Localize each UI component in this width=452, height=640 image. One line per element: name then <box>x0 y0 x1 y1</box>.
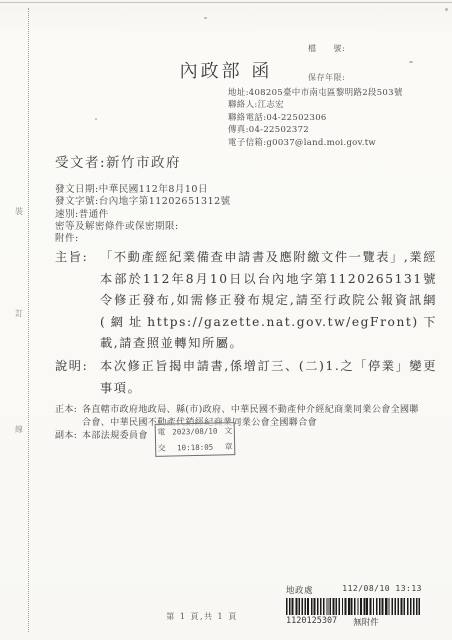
sender-phone: 聯絡電話:04-22502306 <box>228 112 410 124</box>
issue-date: 發文日期:中華民國112年8月10日 <box>55 184 231 196</box>
receiving-header: 地政處 112/08/10 13:13 <box>286 584 422 596</box>
stamp-char: 文 <box>223 425 234 436</box>
cc-row: 副本: 本部法規委員會 <box>55 430 423 443</box>
file-number-label: 檔 號: <box>308 44 345 54</box>
subject-label: 主旨: <box>55 247 100 355</box>
sender-fax: 傳真:04-22502372 <box>228 124 410 136</box>
fold-mark-zhuang: 裝 <box>15 206 23 217</box>
priority: 速別:普通件 <box>55 209 231 221</box>
fold-mark-ding: 訂 <box>15 308 23 319</box>
sender-contact-block: 地址:408205臺中市南屯區黎明路2段503號 聯絡人:江志宏 聯絡電話:04… <box>228 87 410 149</box>
scanned-official-letter: 裝 訂 線 檔 號: 保存年限: 內政部 函 地址:408205臺中市南屯區黎明… <box>0 0 452 640</box>
issue-number: 發文字號:台內地字第11202651312號 <box>55 196 231 208</box>
binding-dotted-line <box>28 8 29 632</box>
scan-speck <box>445 8 448 11</box>
explanation-text: 本次修正旨揭申請書,係增訂三、(二)1.之「停業」變更事項。 <box>100 356 437 399</box>
receiving-datetime: 112/08/10 13:13 <box>342 584 422 596</box>
stamp-char: 電 <box>156 427 167 438</box>
scan-speck <box>95 118 97 120</box>
stamp-char: 章 <box>223 441 234 452</box>
sender-contact-person: 聯絡人:江志宏 <box>228 99 410 111</box>
scan-speck <box>204 17 207 19</box>
security-classification: 密等及解密條件或保密期限: <box>55 221 231 233</box>
original-copy-row: 正本: 各直轄市政府地政局、縣(市)政府、中華民國不動產仲介經紀商業同業公會全國… <box>55 404 423 430</box>
sender-address: 地址:408205臺中市南屯區黎明路2段503號 <box>228 87 410 99</box>
original-copy-recipients: 各直轄市政府地政局、縣(市)政府、中華民國不動產仲介經紀商業同業公會全國聯合會、… <box>82 404 423 430</box>
original-copy-label: 正本: <box>55 404 82 430</box>
sender-email: 電子信箱:g0037@land.moi.gov.tw <box>228 137 410 149</box>
subject-paragraph: 主旨: 「不動產經紀業備查申請書及應附繳文件一覽表」,業經本部於112年8月10… <box>55 247 437 355</box>
attachment-label: 附件: <box>55 233 231 245</box>
recipient-line: 受文者:新竹市政府 <box>55 151 181 171</box>
explanation-label: 說明: <box>55 356 100 399</box>
scan-edge-artifact <box>0 2 452 3</box>
stamp-char: 交 <box>156 442 167 453</box>
document-title: 內政部 函 <box>0 57 452 83</box>
distribution-block: 正本: 各直轄市政府地政局、縣(市)政府、中華民國不動產仲介經紀商業同業公會全國… <box>55 404 423 444</box>
electronic-exchange-stamp: 電 2023/08/10 文 交 10:18:05 章 <box>155 422 236 457</box>
cc-label: 副本: <box>55 430 82 443</box>
page-number: 第 1 頁,共 1 頁 <box>0 611 404 622</box>
cc-recipients: 本部法規委員會 <box>82 430 423 443</box>
explanation-paragraph: 說明: 本次修正旨揭申請書,係增訂三、(二)1.之「停業」變更事項。 <box>55 356 437 399</box>
document-meta-block: 發文日期:中華民國112年8月10日 發文字號:台內地字第11202651312… <box>55 184 231 245</box>
stamp-date: 2023/08/10 <box>167 427 223 437</box>
fold-mark-xian: 線 <box>15 424 23 435</box>
stamp-time: 10:18:05 <box>167 442 223 452</box>
receiving-office: 地政處 <box>286 584 313 596</box>
subject-text: 「不動產經紀業備查申請書及應附繳文件一覽表」,業經本部於112年8月10日以台內… <box>100 247 437 355</box>
